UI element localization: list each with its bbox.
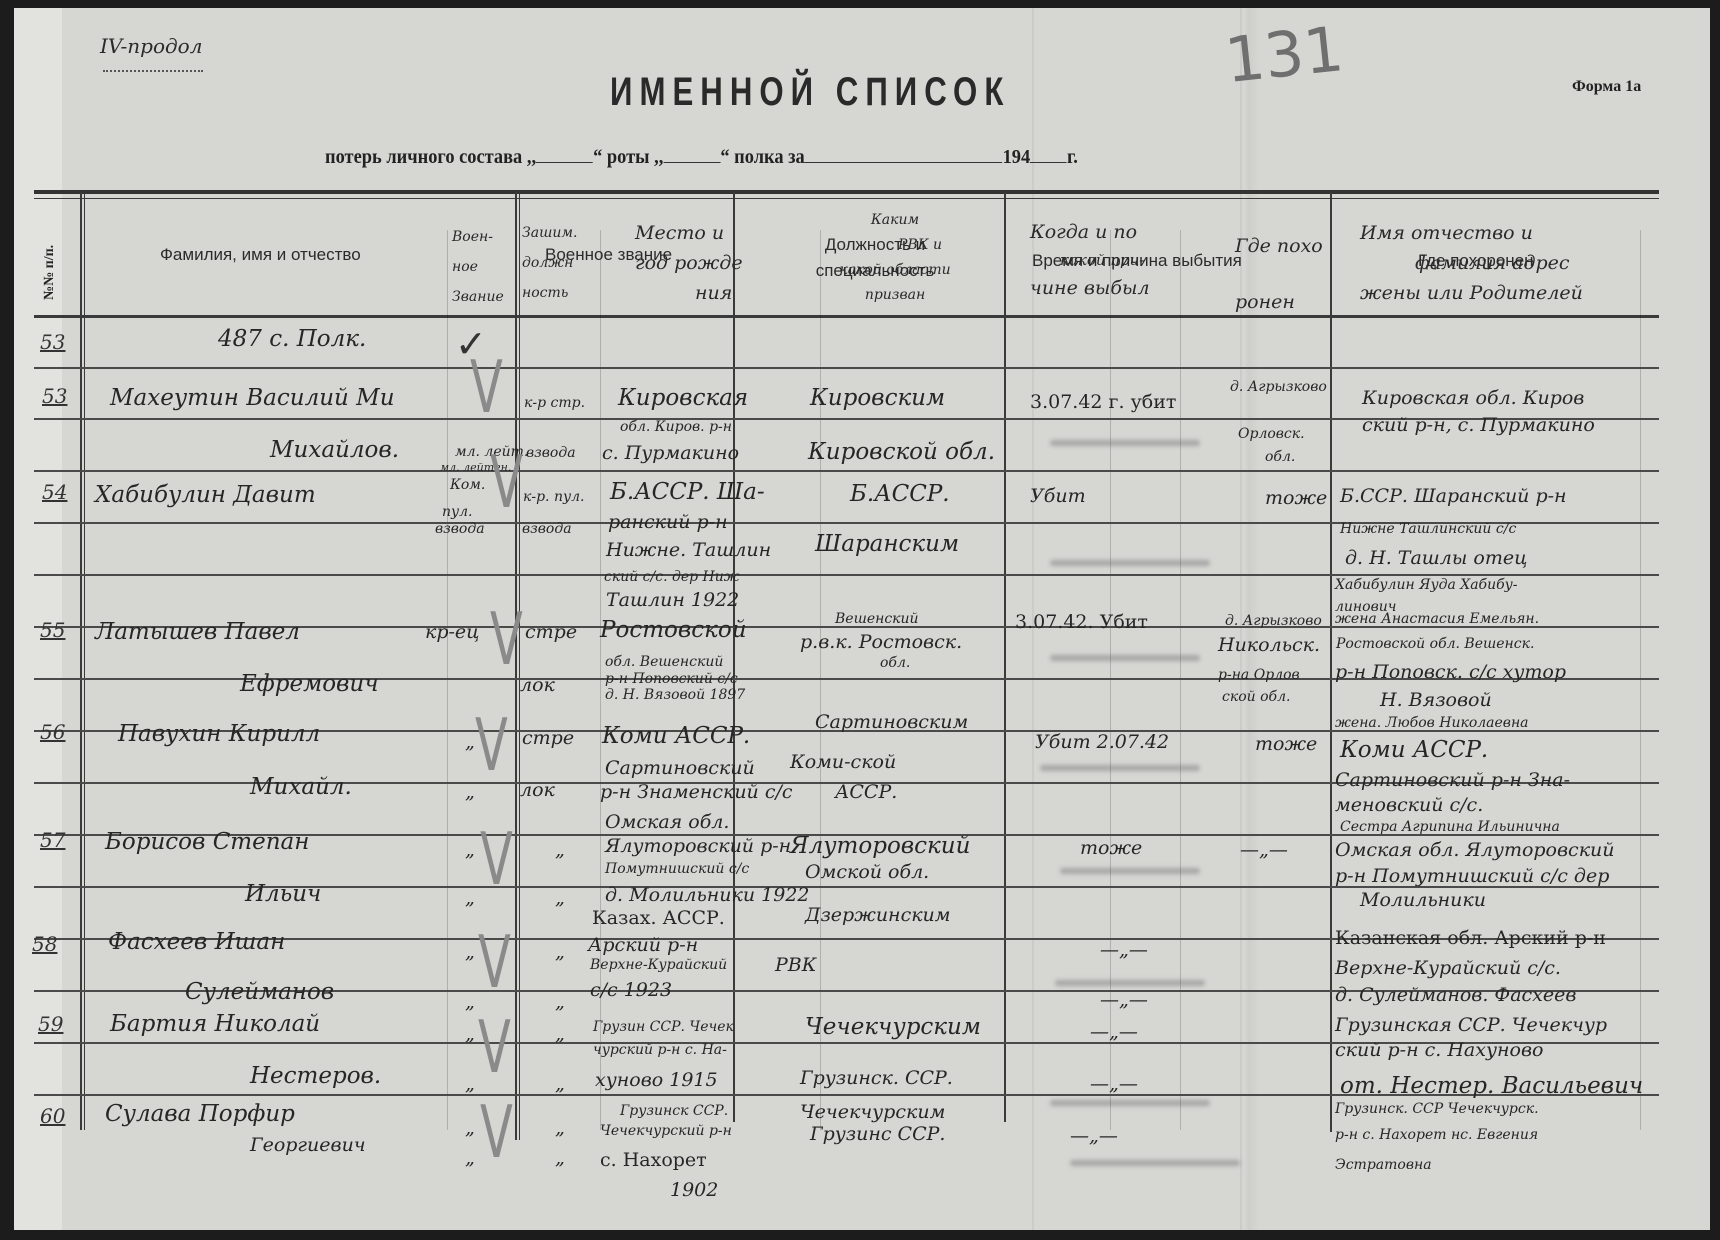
row-birthplace: ский с/с. дер Ниж xyxy=(604,570,740,585)
row-birthplace: Ташлин 1922 xyxy=(606,590,739,611)
row-rank: „ xyxy=(465,1148,475,1169)
row-post: „ xyxy=(555,1148,565,1169)
pencil-mark xyxy=(1040,765,1200,771)
row-birthplace: обл. Вешенский xyxy=(605,655,723,670)
row-rvk: Омской обл. xyxy=(805,862,929,883)
hw-line: жены или Родителей xyxy=(1360,278,1583,308)
row-when: 3.07.42 г. убит xyxy=(1030,392,1176,413)
row-post: к-р стр. xyxy=(524,396,585,411)
row-kin: Ростовской обл. Вешенск. xyxy=(1336,637,1534,652)
row-kin: меновский с/с. xyxy=(1335,795,1483,816)
row-kin: Сестра Агрипина Ильинична xyxy=(1340,820,1560,835)
row-patronymic: Нестеров. xyxy=(250,1064,381,1089)
row-number: 56 xyxy=(40,720,65,744)
row-birthplace: Кировская xyxy=(618,386,748,411)
form-label: Форма 1а xyxy=(1572,78,1641,96)
row-birthplace: с. Пурмакино xyxy=(602,443,739,464)
table-top-rule xyxy=(34,190,1659,194)
row-when: —„— xyxy=(1070,1126,1118,1147)
row-rule xyxy=(34,574,1659,576)
row-kin: ский р-н с. Нахуново xyxy=(1335,1040,1543,1061)
row-rvk: АССР. xyxy=(835,782,897,803)
header-num: №№ п/п. xyxy=(42,245,58,300)
checkmark-icon: V xyxy=(490,598,523,682)
row-patronymic: Михайлов. xyxy=(270,438,399,463)
row-where: Орловск. xyxy=(1238,427,1305,442)
row-birthplace: чурский р-н с. На- xyxy=(593,1043,727,1058)
row-birthplace: д. Молильники 1922 xyxy=(605,885,810,906)
row-rule xyxy=(34,470,1659,472)
row-rvk: Коми-ской xyxy=(790,752,896,773)
subcol-divider xyxy=(447,230,448,1130)
row-rvk: Б.АССР. xyxy=(850,482,950,507)
hw-header-rvk: Каким РВК и какой области призван xyxy=(815,208,975,308)
row-birthplace: Грузин ССР. Чечек xyxy=(593,1020,734,1035)
row-rvk: Чечекчурским xyxy=(805,1015,981,1040)
row-number: 53 xyxy=(42,384,67,408)
row-rank: „ xyxy=(465,1118,475,1139)
hw-header-where: Где похо ронен xyxy=(1235,218,1323,330)
row-birthplace: р-н Знаменский с/с xyxy=(600,782,793,803)
page-subtitle: потерь личного состава ,,“ роты ,,“ полк… xyxy=(325,146,1078,169)
row-where: д. Агрызково xyxy=(1230,380,1327,395)
row-post: взвода xyxy=(522,522,572,537)
row-rank: пул. xyxy=(442,505,473,520)
row-kin: р-н Поповск. с/с хутор xyxy=(1335,662,1566,683)
hw-line: какой при- xyxy=(1030,246,1150,274)
row-rvk: Вешенский xyxy=(835,612,919,627)
row-kin: Грузинская ССР. Чечекчур xyxy=(1335,1015,1607,1036)
row-when: 3.07.42. Убит xyxy=(1015,612,1148,633)
row-when: Убит 2.07.42 xyxy=(1035,732,1169,753)
row-patronymic: Ильич xyxy=(245,882,321,907)
row-rank: взвода xyxy=(435,522,485,537)
hw-line: ния xyxy=(635,278,743,308)
row-birthplace: Помутнишский с/с xyxy=(605,862,749,877)
row-post: стрe xyxy=(525,622,577,643)
hw-line: ность xyxy=(522,278,577,308)
row-birthplace: хуново 1915 xyxy=(595,1070,718,1091)
row-kin: Казанская обл. Арский р-н xyxy=(1335,928,1606,949)
margin-note-underline xyxy=(103,68,203,72)
row-where: тоже xyxy=(1265,488,1327,509)
hw-line: ное xyxy=(452,252,504,282)
row-where: д. Агрызково xyxy=(1225,614,1322,629)
row-rank: „ xyxy=(465,1024,475,1045)
row-name: Фасхеев Ишан xyxy=(108,930,285,955)
row-rank: „ xyxy=(465,1074,475,1095)
year-blank xyxy=(1030,161,1067,163)
row-name: Хабибулин Давит xyxy=(95,483,316,508)
row-post: лок xyxy=(520,780,555,801)
hw-line: ронен xyxy=(1235,274,1323,330)
row-kin: Хабибулин Яуда Хабибу- xyxy=(1335,578,1518,593)
row-number: 55 xyxy=(40,618,65,642)
row-post: к-р. пул. xyxy=(523,490,584,505)
row-name: Махеуmин Василий Ми xyxy=(110,386,395,411)
row-patronymic: Михайл. xyxy=(250,775,352,800)
hw-line: Когда и по xyxy=(1030,218,1150,246)
header-bottom-rule xyxy=(34,315,1659,318)
row-birthplace: Казах. АССР. xyxy=(592,908,725,929)
row-number: 59 xyxy=(38,1012,63,1036)
row-rvk: Кировским xyxy=(810,386,945,411)
row-birthplace: Нижне. Ташлин xyxy=(606,540,771,561)
row-kin: Б.ССР. Шаранский р-н xyxy=(1340,486,1567,507)
row-kin: Молильники xyxy=(1360,890,1486,911)
checkmark-icon: V xyxy=(490,441,523,525)
row-rank: „ xyxy=(465,888,475,909)
pencil-mark xyxy=(1050,1100,1210,1106)
hw-header-when: Когда и по какой при- чине выбыл xyxy=(1030,218,1150,302)
subtitle-part: “ полка за xyxy=(720,146,804,168)
row-rank: „ xyxy=(465,942,475,963)
row-kin: Нижне Ташлинский с/с xyxy=(1340,522,1516,537)
row-name: Павухин Кирилл xyxy=(118,722,320,747)
row-name: Латышев Павел xyxy=(95,620,300,645)
row-rule xyxy=(34,367,1659,369)
row-where: ской обл. xyxy=(1222,690,1290,705)
row-birthplace: д. Н. Вязовой 1897 xyxy=(605,688,745,703)
row-birthplace: Ростовской xyxy=(600,618,747,643)
hw-line: какой области xyxy=(815,258,975,283)
row-post: „ xyxy=(555,1024,565,1045)
col-divider xyxy=(1004,192,1006,1122)
row-where: обл. xyxy=(1265,450,1295,465)
row-birthplace: Омская обл. xyxy=(605,812,729,833)
row-post: взвода xyxy=(526,446,576,461)
row-rvk: обл. xyxy=(880,656,910,671)
hw-header-kin: Имя отчество и фамилия адрес жены или Ро… xyxy=(1360,218,1583,308)
checkmark-icon: V xyxy=(478,1006,511,1090)
row-post: лок xyxy=(520,675,555,696)
row-when: Убит xyxy=(1030,486,1086,507)
row-kin: Коми АССР. xyxy=(1340,738,1488,763)
row-birthplace: Чечекчурский р-н xyxy=(600,1124,732,1139)
company-blank xyxy=(536,161,593,163)
row-rvk: Чечекчурским xyxy=(800,1102,945,1123)
row-kin: Кировская обл. Киров xyxy=(1362,388,1584,409)
checkmark-icon: V xyxy=(480,818,513,902)
row-rank: „ xyxy=(465,840,475,861)
hw-line: Звание xyxy=(452,282,504,312)
row-where: —„— xyxy=(1240,840,1288,861)
row-kin: от. Нестер. Васильевич xyxy=(1340,1074,1643,1099)
row-post: „ xyxy=(555,992,565,1013)
subcol-divider xyxy=(820,230,821,1130)
row-kin: д. Сулейманов. Фасхеев xyxy=(1335,985,1576,1006)
row-patronymic: Сулейманов xyxy=(185,980,334,1005)
checkmark-icon: V xyxy=(480,1091,513,1175)
row-kin: Эстратовна xyxy=(1335,1158,1432,1173)
row-post: „ xyxy=(555,888,565,909)
page-title: ИМЕННОЙ СПИСОК xyxy=(610,70,1010,115)
row-post: „ xyxy=(555,1118,565,1139)
hw-line: Воен- xyxy=(452,222,504,252)
row-kin: жена Анастасия Емельян. xyxy=(1335,612,1539,627)
row-birthplace: Коми АССР. xyxy=(602,724,750,749)
row-birthplace: с. Нахорет xyxy=(600,1150,707,1171)
row-kin: жена. Любов Николаевна xyxy=(1335,716,1529,731)
row-kin: Н. Вязовой xyxy=(1380,690,1492,711)
row-rank: Ком. xyxy=(450,478,485,493)
hw-line: фамилия адрес xyxy=(1360,248,1583,278)
row-birthplace: ранский р-н xyxy=(608,512,728,533)
row-rank: „ xyxy=(465,732,475,753)
margin-note: IV-продол xyxy=(100,34,202,58)
regiment-blank xyxy=(663,161,720,163)
row-rvk: Сартиновским xyxy=(815,712,968,733)
sheet-number: 131 xyxy=(1222,12,1347,97)
row-rvk: Дзержинским xyxy=(805,905,951,926)
subtitle-part: “ роты ,, xyxy=(593,146,663,168)
checkmark-icon: V xyxy=(475,704,508,788)
row-kin: ский р-н, с. Пурмакино xyxy=(1362,415,1595,436)
row-post: „ xyxy=(555,1074,565,1095)
row-rvk: Шаранским xyxy=(815,532,959,557)
row-birthplace: Верхне-Курайский xyxy=(590,958,727,973)
row-post: „ xyxy=(555,942,565,963)
row-kin: д. Н. Ташлы отец xyxy=(1345,548,1527,569)
row-rvk: Ялуторовский xyxy=(790,834,970,859)
table-top-rule xyxy=(34,198,1659,199)
row-where: тоже xyxy=(1255,734,1317,755)
hw-header-birthplace: Место и год рожде ния xyxy=(635,218,743,308)
row-number: 54 xyxy=(42,480,67,504)
hw-line: год рожде xyxy=(635,248,743,278)
row-birthplace: обл. Киров. р-н xyxy=(620,420,732,435)
hw-line: должн xyxy=(522,248,577,278)
row-number: 58 xyxy=(32,932,57,956)
row-name: Борисов Степан xyxy=(105,830,309,855)
hw-line: Место и xyxy=(635,218,743,248)
hw-line: чине выбыл xyxy=(1030,274,1150,302)
row-when: тоже xyxy=(1080,838,1142,859)
row-number: 57 xyxy=(40,828,65,852)
row-name: Бартия Николай xyxy=(110,1012,320,1037)
row-birthplace: Арский р-н xyxy=(588,935,698,956)
unit-label: 487 с. Полк. xyxy=(218,327,366,352)
row-birthplace: Ялуторовский р-н xyxy=(605,836,791,857)
row-rvk: Кировской обл. xyxy=(808,440,995,465)
row-kin: Верхне-Курайский с/с. xyxy=(1335,958,1561,979)
hw-line: РВК и xyxy=(815,233,975,258)
row-kin: Грузинск. ССР Чечекчурск. xyxy=(1335,1102,1539,1117)
checkmark-icon: V xyxy=(478,921,511,1005)
row-rvk: Грузинс ССР. xyxy=(810,1124,945,1145)
row-birthplace: Б.АССР. Ша- xyxy=(610,480,765,505)
row-post: „ xyxy=(555,840,565,861)
row-birthplace: р-н Поповский с/с xyxy=(605,672,738,687)
pencil-mark xyxy=(1050,440,1200,446)
row-name: Сулава Порфир xyxy=(105,1102,295,1127)
row-kin: р-н с. Нахорет нс. Евгения xyxy=(1335,1128,1538,1143)
period-blank xyxy=(805,161,1003,163)
subcol-divider xyxy=(1640,230,1641,1130)
row-when: —„— xyxy=(1090,1022,1138,1043)
year-prefix: 194 xyxy=(1003,146,1031,168)
row-rank: „ xyxy=(465,992,475,1013)
row-patronymic: Георгиевич xyxy=(250,1135,366,1156)
row-where: р-на Орлов xyxy=(1218,668,1300,683)
hw-header-post: Зашим. должн ность xyxy=(522,218,577,308)
row-birthplace: 1902 xyxy=(670,1180,718,1201)
hw-line: Имя отчество и xyxy=(1360,218,1583,248)
subtitle-part: г. xyxy=(1067,146,1078,168)
pencil-mark xyxy=(1070,1160,1240,1166)
pencil-mark xyxy=(1050,560,1210,566)
hw-header-mil-rank: Воен- ное Звание xyxy=(452,222,504,312)
row-number: 60 xyxy=(40,1104,65,1128)
row-rvk: Грузинск. ССР. xyxy=(800,1068,953,1089)
row-rank: „ xyxy=(465,782,475,803)
row-where: —„— xyxy=(1100,990,1148,1011)
row-where: —„— xyxy=(1090,1074,1138,1095)
row-rvk: р.в.к. Ростовск. xyxy=(800,632,962,653)
hw-line: Каким xyxy=(815,208,975,233)
hw-line: Где похо xyxy=(1235,218,1323,274)
subcol-divider xyxy=(1180,230,1181,1130)
row-birthplace: Сартиновский xyxy=(605,758,755,779)
row-post: стре xyxy=(522,728,574,749)
row-kin: Омская обл. Ялуторовский xyxy=(1335,840,1615,861)
col-divider xyxy=(733,192,735,1122)
row-number: 53 xyxy=(40,330,65,354)
row-kin: Сартиновский р-н Зна- xyxy=(1335,770,1570,791)
row-rvk: РВК xyxy=(775,955,816,976)
subtitle-part: потерь личного состава ,, xyxy=(325,146,536,168)
row-birthplace: Грузинск ССР. xyxy=(620,1104,728,1119)
row-where: Никольск. xyxy=(1218,635,1320,656)
hw-line: призван xyxy=(815,283,975,308)
row-patronymic: Ефремович xyxy=(240,672,379,697)
pencil-mark xyxy=(1055,980,1205,986)
pencil-mark xyxy=(1060,868,1200,874)
row-when: —„— xyxy=(1100,940,1148,961)
row-rank: кр-ец xyxy=(425,622,479,643)
hw-line: Зашим. xyxy=(522,218,577,248)
pencil-mark xyxy=(1050,655,1200,661)
checkmark-icon: V xyxy=(470,346,503,430)
header-name: Фамилия, имя и отчество xyxy=(160,245,361,265)
row-kin: р-н Помутнишский с/с дер xyxy=(1335,866,1609,887)
row-birthplace: с/с 1923 xyxy=(590,980,672,1001)
